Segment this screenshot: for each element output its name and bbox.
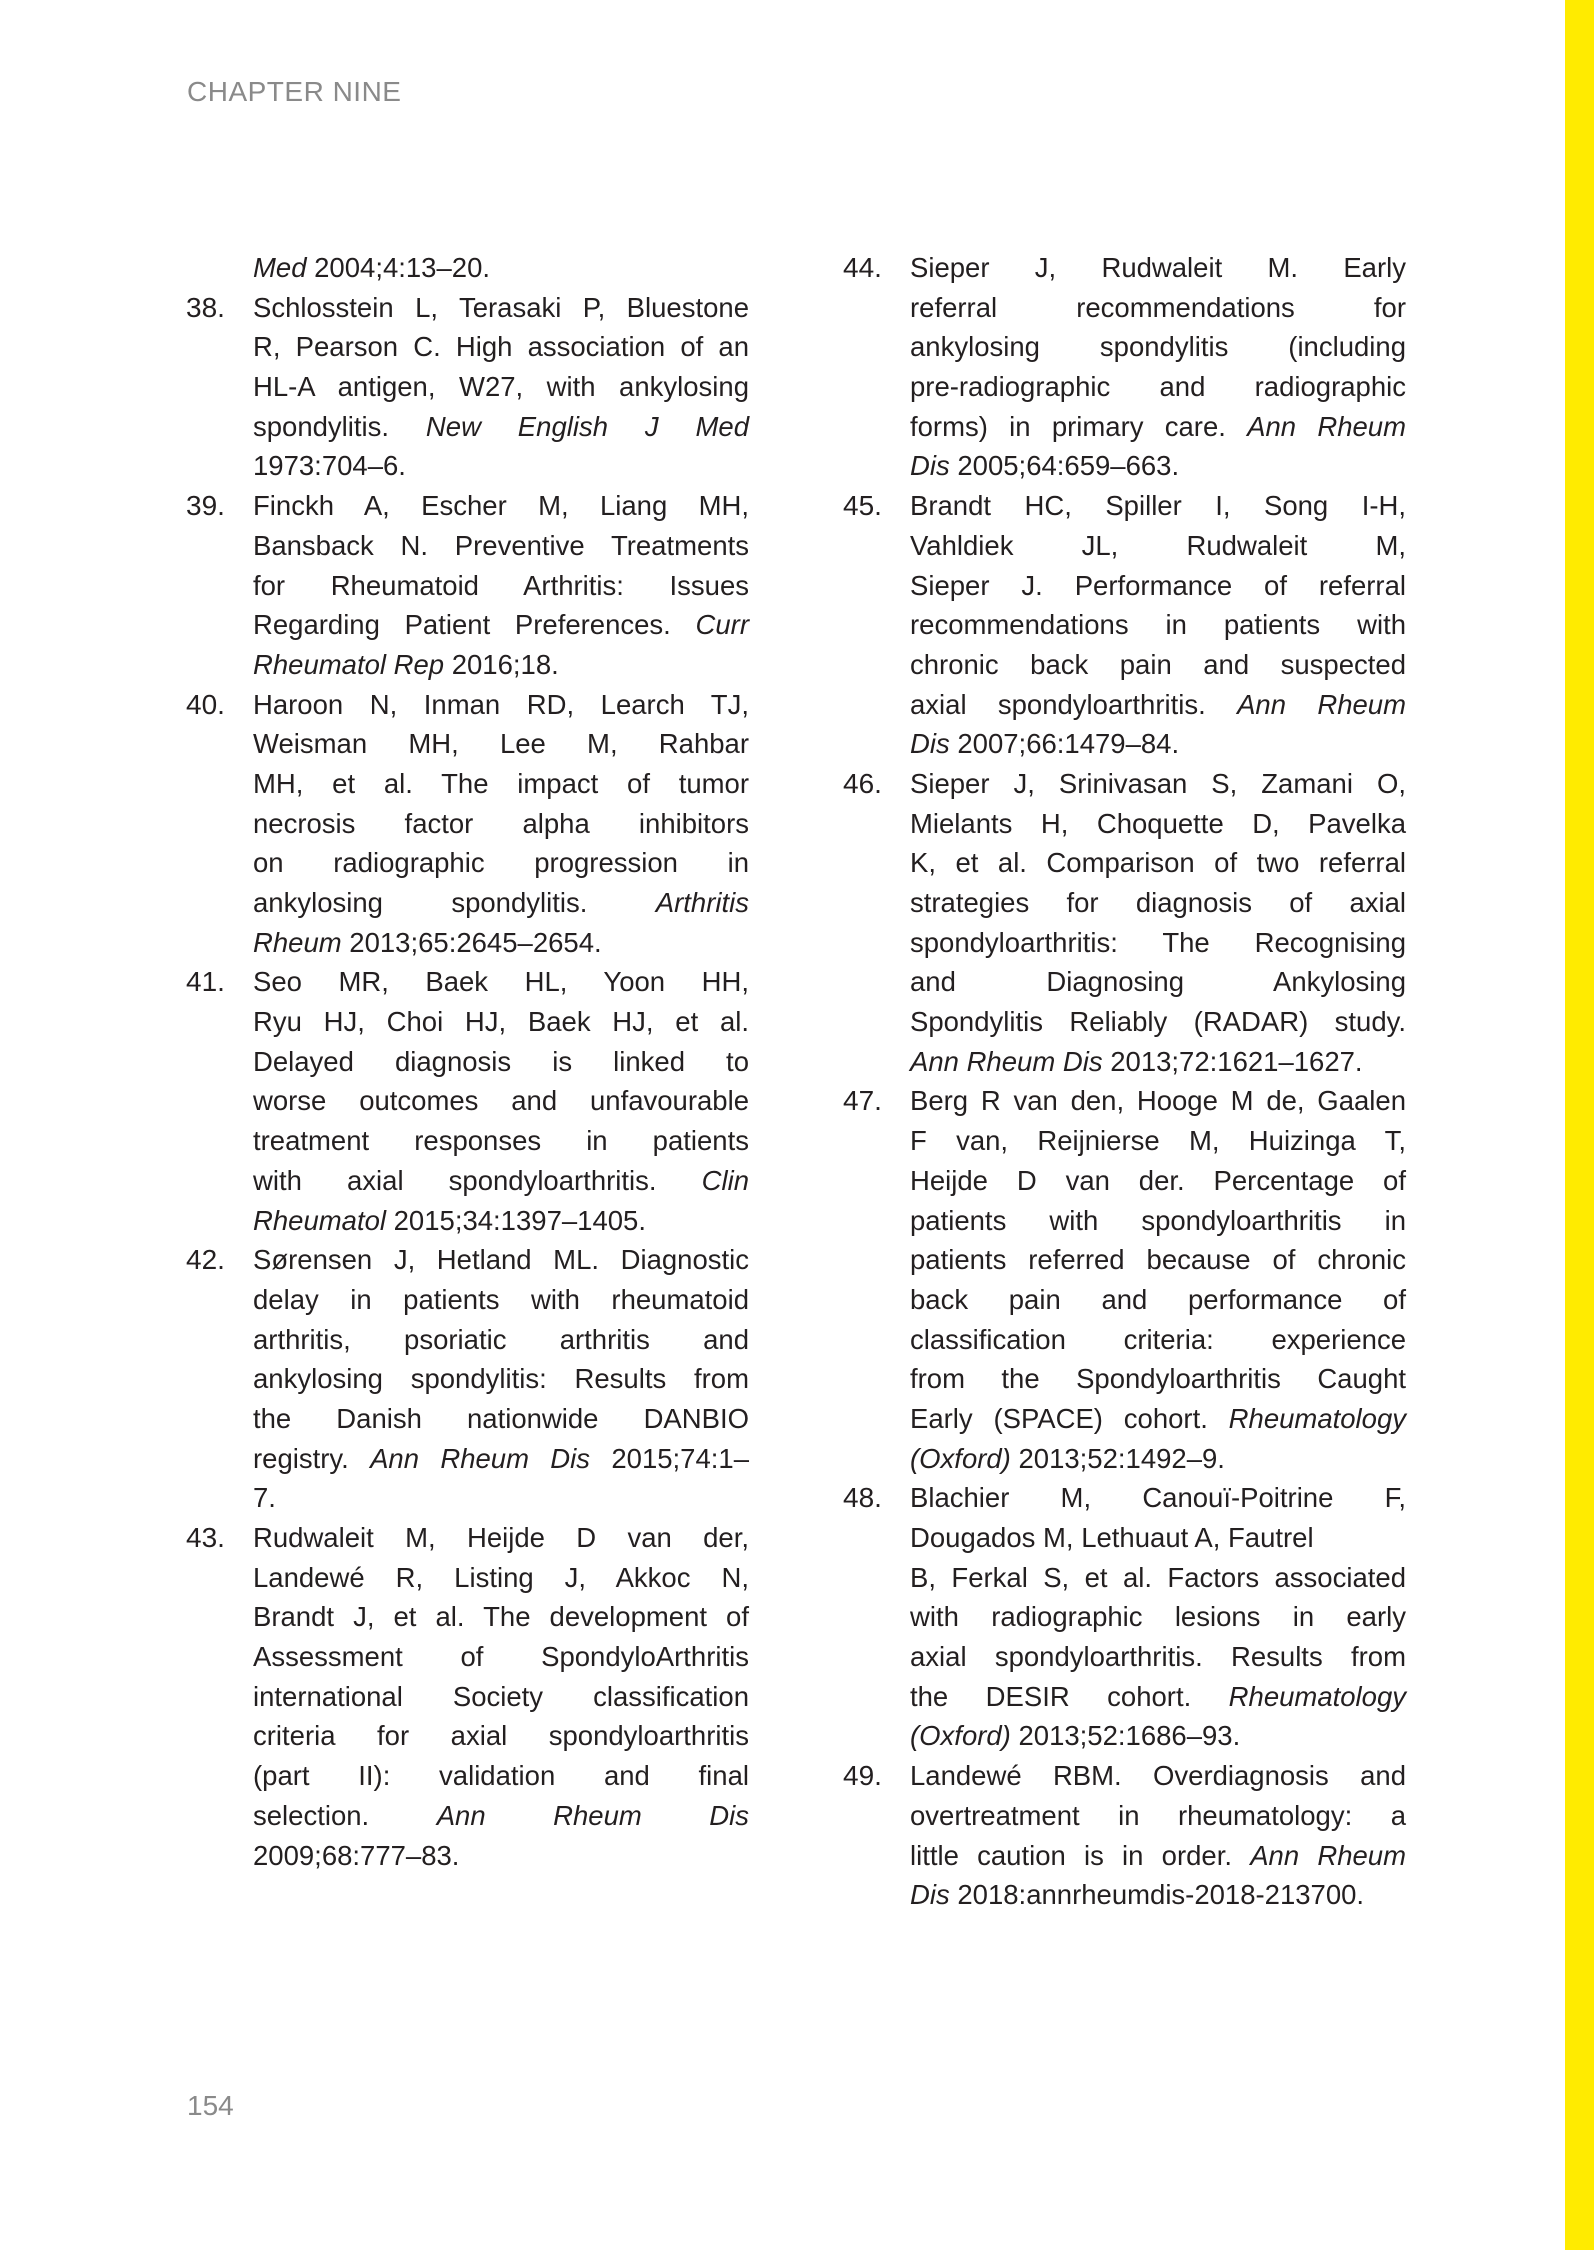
reference-item: 49.Landewé RBM. Overdiagnosis andovertre…	[843, 1756, 1406, 1915]
reference-text: Sieper J, Rudwaleit M. Earlyreferral rec…	[910, 248, 1406, 486]
reference-number: 48.	[843, 1478, 909, 1518]
reference-item: 43.Rudwaleit M, Heijde D van der,Landewé…	[186, 1518, 749, 1875]
reference-text: Berg R van den, Hooge M de, GaalenF van,…	[910, 1081, 1406, 1478]
reference-number: 45.	[843, 486, 909, 526]
reference-item: 40.Haroon N, Inman RD, Learch TJ,Weisman…	[186, 685, 749, 963]
reference-number: 38.	[186, 288, 252, 328]
reference-text: Brandt HC, Spiller I, Song I-H,Vahldiek …	[910, 486, 1406, 764]
references-column-right: 44.Sieper J, Rudwaleit M. Earlyreferral …	[843, 248, 1406, 1915]
reference-number: 46.	[843, 764, 909, 804]
reference-number: 49.	[843, 1756, 909, 1796]
reference-number: 42.	[186, 1240, 252, 1280]
reference-item: 41.Seo MR, Baek HL, Yoon HH,Ryu HJ, Choi…	[186, 962, 749, 1240]
reference-text: Rudwaleit M, Heijde D van der,Landewé R,…	[253, 1518, 749, 1875]
reference-text: Haroon N, Inman RD, Learch TJ,Weisman MH…	[253, 685, 749, 963]
reference-item: 38.Schlosstein L, Terasaki P, BluestoneR…	[186, 288, 749, 486]
reference-number: 39.	[186, 486, 252, 526]
reference-text: Sieper J, Srinivasan S, Zamani O,Mielant…	[910, 764, 1406, 1082]
reference-item: 48.Blachier M, Canouï-Poitrine F,Dougado…	[843, 1478, 1406, 1756]
reference-text: Landewé RBM. Overdiagnosis andovertreatm…	[910, 1756, 1406, 1915]
reference-item: 46.Sieper J, Srinivasan S, Zamani O,Miel…	[843, 764, 1406, 1082]
reference-item: 39.Finckh A, Escher M, Liang MH,Bansback…	[186, 486, 749, 684]
references-column-left: Med 2004;4:13–20.38.Schlosstein L, Teras…	[186, 248, 749, 1875]
reference-text: Seo MR, Baek HL, Yoon HH,Ryu HJ, Choi HJ…	[253, 962, 749, 1240]
reference-text: Sørensen J, Hetland ML. Diagnosticdelay …	[253, 1240, 749, 1518]
yellow-edge-bar	[1565, 0, 1594, 2250]
running-head: CHAPTER NINE	[187, 76, 401, 108]
reference-number: 41.	[186, 962, 252, 1002]
reference-number: 44.	[843, 248, 909, 288]
reference-text: Schlosstein L, Terasaki P, BluestoneR, P…	[253, 288, 749, 486]
reference-item: 42.Sørensen J, Hetland ML. Diagnosticdel…	[186, 1240, 749, 1518]
reference-text: Finckh A, Escher M, Liang MH,Bansback N.…	[253, 486, 749, 684]
page-number: 154	[187, 2090, 234, 2122]
reference-number: 40.	[186, 685, 252, 725]
reference-number: 43.	[186, 1518, 252, 1558]
reference-text: Blachier M, Canouï-Poitrine F,Dougados M…	[910, 1478, 1406, 1756]
reference-item: 47.Berg R van den, Hooge M de, GaalenF v…	[843, 1081, 1406, 1478]
reference-text: Med 2004;4:13–20.	[253, 248, 749, 288]
reference-number: 47.	[843, 1081, 909, 1121]
reference-item: 45.Brandt HC, Spiller I, Song I-H,Vahldi…	[843, 486, 1406, 764]
reference-item: Med 2004;4:13–20.	[186, 248, 749, 288]
reference-item: 44.Sieper J, Rudwaleit M. Earlyreferral …	[843, 248, 1406, 486]
